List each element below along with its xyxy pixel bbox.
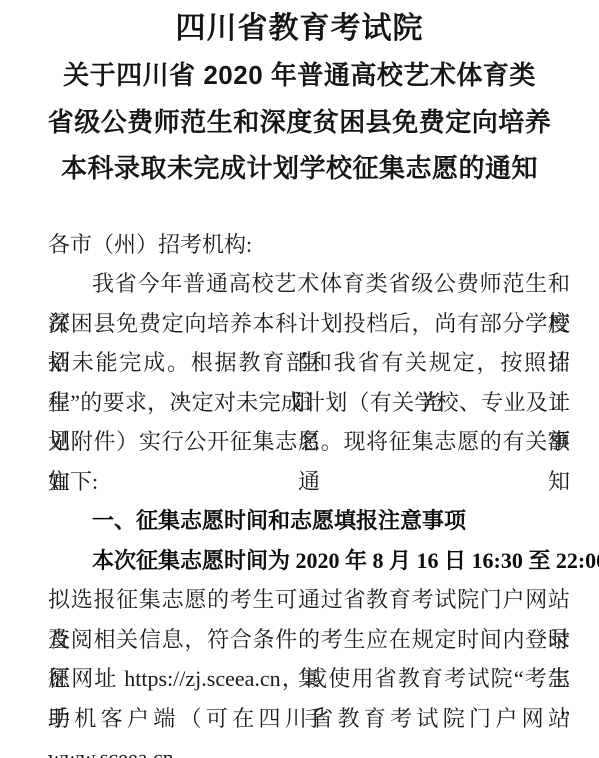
title-line: 关于四川省 2020 年普通高校艺术体育类 [0, 52, 599, 99]
body-line: 拟选报征集志愿的考生可通过省教育考试院门户网站及时 [48, 580, 570, 620]
issuer-title-line: 四川省教育考试院 [0, 5, 599, 52]
section-heading: 一、征集志愿时间和志愿填报注意事项 [48, 501, 570, 541]
document-title-block: 四川省教育考试院 关于四川省 2020 年普通高校艺术体育类 省级公费师范生和深… [0, 0, 599, 192]
body-line: 我省今年普通高校艺术体育类省级公费师范生和深度 [48, 264, 570, 304]
salutation-line: 各市（州）招考机构: [48, 225, 570, 265]
document-page: 四川省教育考试院 关于四川省 2020 年普通高校艺术体育类 省级公费师范生和深… [0, 0, 599, 758]
body-line-with-url: 手机客户端（可在四川省教育考试院门户网站 www.sceea.cn [48, 699, 570, 739]
title-line: 省级公费师范生和深度贫困县免费定向培养 [0, 99, 599, 146]
body-line: 贫困县免费定向培养本科计划投档后，尚有部分学校招生计 [48, 304, 570, 344]
document-body: 各市（州）招考机构: 我省今年普通高校艺术体育类省级公费师范生和深度 贫困县免费… [48, 225, 570, 739]
collection-time-line: 本次征集志愿时间为 2020 年 8 月 16 日 16:30 至 22:00。 [48, 541, 570, 581]
body-line: 程”的要求，决定对未完成计划（有关学校、专业及计划名额 [48, 383, 570, 423]
body-line-with-url: 愿网址 https://zj.sceea.cn，或使用省教育考试院“考生助手” [48, 659, 570, 699]
title-line: 本科录取未完成计划学校征集志愿的通知 [0, 145, 599, 192]
body-line: 查阅相关信息，符合条件的考生应在规定时间内登录征集志 [48, 620, 570, 660]
body-line: 见附件）实行公开征集志愿。现将征集志愿的有关事宜通知 [48, 422, 570, 462]
body-line: 划未能完成。根据教育部和我省有关规定，按照招生“阳光工 [48, 343, 570, 383]
